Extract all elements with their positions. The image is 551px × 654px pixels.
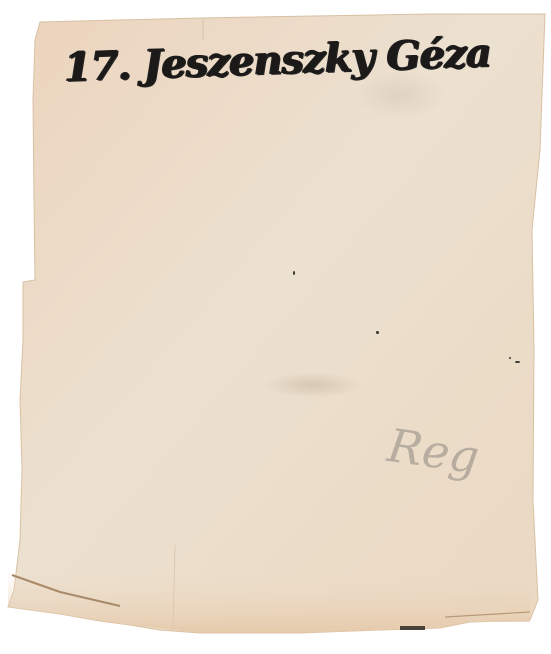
speck xyxy=(293,271,295,275)
speck xyxy=(376,331,379,334)
speck xyxy=(515,361,520,363)
paper-sheet: 17. Jeszenszky Géza Reg xyxy=(0,0,551,654)
paper-shape xyxy=(0,0,551,654)
stain xyxy=(262,372,362,398)
speck xyxy=(509,357,511,359)
